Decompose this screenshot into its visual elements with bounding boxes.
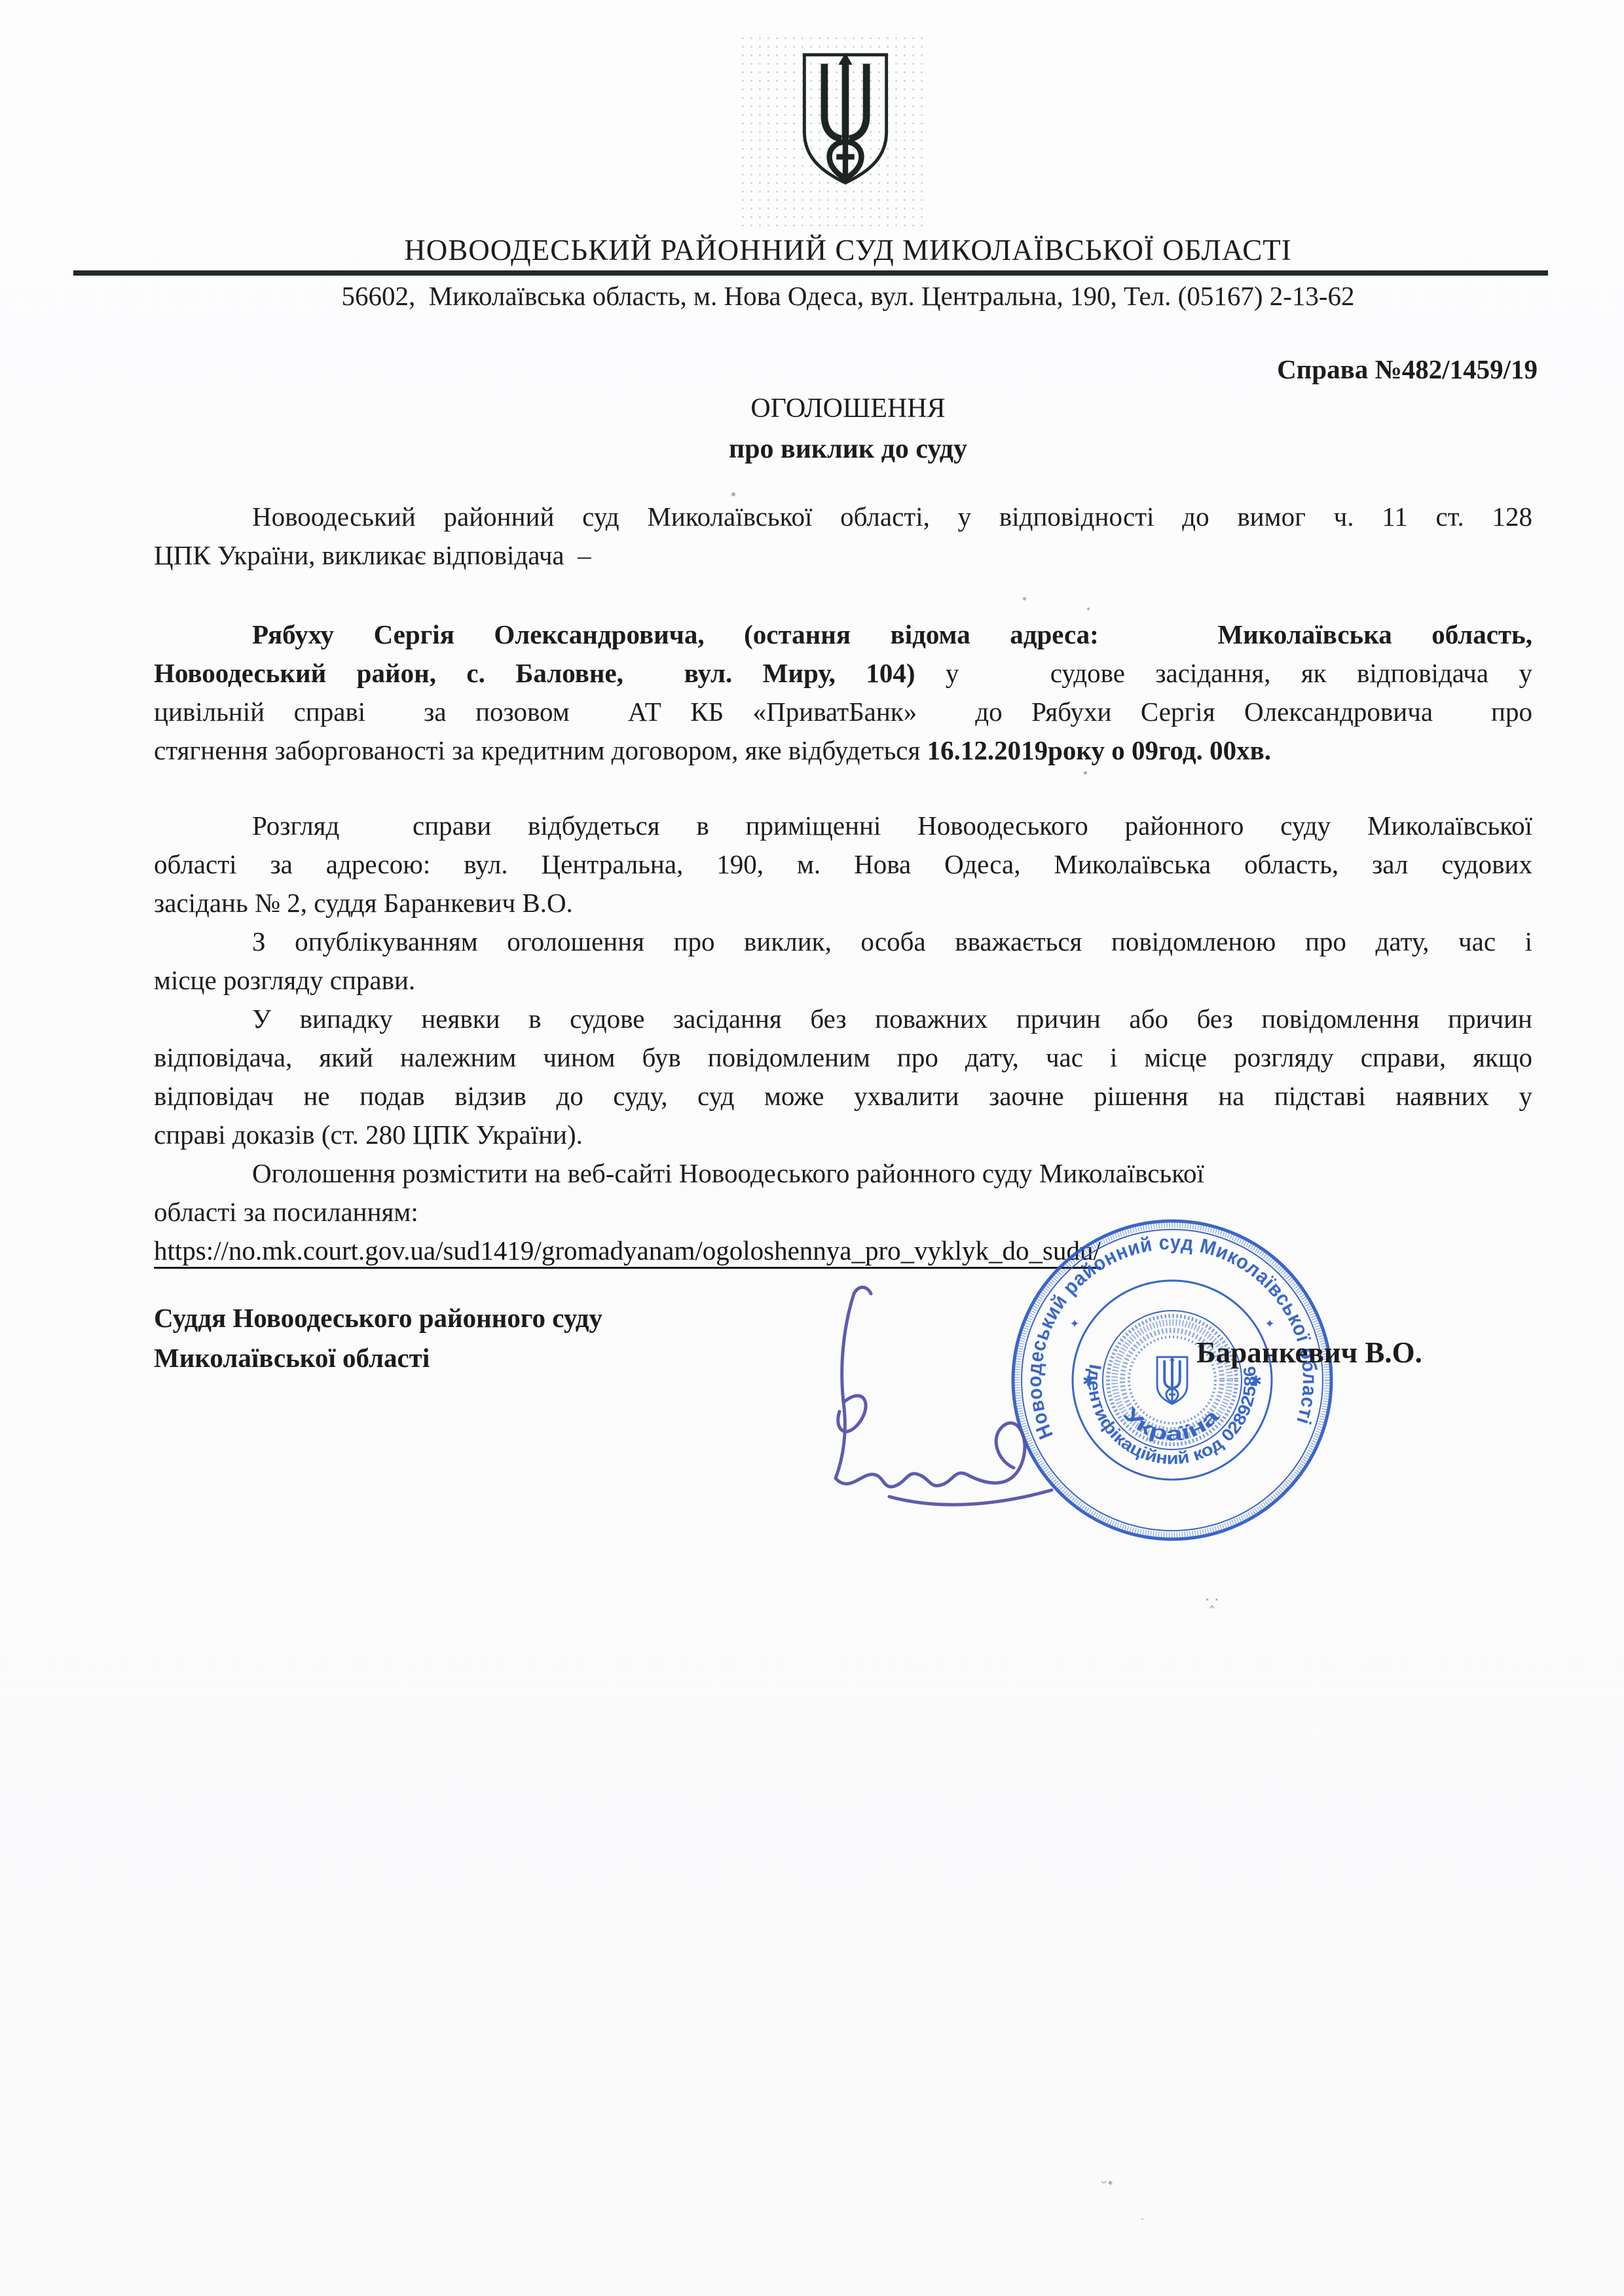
scan-speck: ·‸·	[1205, 1592, 1219, 1609]
text-run: ЦПК України, викликає відповідача –	[154, 540, 591, 570]
body-line: цивільній справі за позовом АТ КБ «Прива…	[154, 693, 1532, 731]
text-run: місце розгляду справи.	[154, 965, 415, 995]
court-address-line: 56602, Миколаївська область, м. Нова Оде…	[98, 280, 1598, 312]
judge-name: Баранкевич В.О.	[1196, 1336, 1563, 1370]
text-run: стягнення заборгованості за кредитним до…	[154, 735, 927, 765]
text-run: області за посиланням:	[154, 1197, 418, 1227]
body-line: Новоодеський районний суд Миколаївської …	[154, 498, 1532, 536]
body-paragraph: З опублікуванням оголошення про виклик, …	[154, 922, 1532, 1000]
header-divider-rule	[73, 270, 1548, 276]
body-paragraph: Новоодеський районний суд Миколаївської …	[154, 498, 1532, 575]
text-run: у судове засідання, як відповідача у	[915, 658, 1532, 688]
body-line: засідань № 2, суддя Баранкевич В.О.	[154, 884, 1532, 922]
body-line: Новоодеський район, с. Баловне, вул. Мир…	[154, 654, 1532, 693]
text-run: засідань № 2, суддя Баранкевич В.О.	[154, 888, 573, 918]
text-run: справі доказів (ст. 280 ЦПК України).	[154, 1120, 583, 1150]
document-body: Новоодеський районний суд Миколаївської …	[154, 498, 1532, 1270]
signatory-title-line2: Миколаївської області	[154, 1338, 874, 1378]
text-run: Новоодеський район, с. Баловне, вул. Мир…	[154, 658, 915, 688]
court-website-link[interactable]: https://no.mk.court.gov.ua/sud1419/groma…	[154, 1235, 1101, 1269]
body-line: Оголошення розмістити на веб-сайті Новоо…	[154, 1154, 1532, 1193]
text-run: Новоодеський районний суд Миколаївської …	[252, 501, 1532, 532]
text-run: Розгляд справи відбудеться в приміщенні …	[252, 811, 1532, 841]
seal-separator-right: ✱	[1250, 1373, 1262, 1389]
text-run: відповідач не подав відзив до суду, суд …	[154, 1081, 1532, 1111]
scan-speck: ·	[1141, 2213, 1144, 2225]
text-run: Оголошення розмістити на веб-сайті Новоо…	[252, 1158, 1204, 1188]
scan-speck: ᵕ˖	[1100, 2174, 1114, 2192]
body-line: справі доказів (ст. 280 ЦПК України).	[154, 1116, 1532, 1154]
body-line: відповідача, який належним чином був пов…	[154, 1038, 1532, 1077]
body-line: ЦПК України, викликає відповідача –	[154, 536, 1532, 575]
body-line: стягнення заборгованості за кредитним до…	[154, 731, 1532, 770]
signatory-title-line1: Суддя Новоодеського районного суду	[154, 1298, 874, 1338]
text-run: цивільній справі за позовом АТ КБ «Прива…	[154, 697, 1532, 727]
text-run: Рябуху Сергія Олександровича, (остання в…	[252, 619, 1532, 649]
document-title: ОГОЛОШЕННЯ	[98, 393, 1598, 424]
body-line: У випадку неявки в судове засідання без …	[154, 1000, 1532, 1038]
text-run: У випадку неявки в судове засідання без …	[252, 1004, 1532, 1034]
court-name-heading: НОВООДЕСЬКИЙ РАЙОННИЙ СУД МИКОЛАЇВСЬКОЇ …	[98, 233, 1598, 267]
document-subtitle: про виклик до суду	[98, 433, 1598, 465]
body-paragraph: У випадку неявки в судове засідання без …	[154, 1000, 1532, 1154]
scan-speck	[731, 492, 735, 496]
seal-separator-left: ✱	[1082, 1373, 1094, 1389]
seal-deco-right: ✦	[1264, 1317, 1274, 1330]
body-line: Рябуху Сергія Олександровича, (остання в…	[154, 615, 1532, 654]
signatory-title-block: Суддя Новоодеського районного суду Микол…	[154, 1298, 874, 1378]
judge-signature-ink	[811, 1274, 1073, 1516]
text-run: З опублікуванням оголошення про виклик, …	[252, 926, 1532, 957]
body-line: З опублікуванням оголошення про виклик, …	[154, 922, 1532, 961]
body-line: області за адресою: вул. Центральна, 190…	[154, 845, 1532, 884]
case-number: Справа №482/1459/19	[851, 354, 1538, 385]
body-line: місце розгляду справи.	[154, 961, 1532, 1000]
ukraine-trident-emblem-icon	[794, 50, 896, 190]
body-paragraph: Розгляд справи відбудеться в приміщенні …	[154, 807, 1532, 922]
seal-trident-icon	[1157, 1357, 1187, 1404]
scanned-court-document: НОВООДЕСЬКИЙ РАЙОННИЙ СУД МИКОЛАЇВСЬКОЇ …	[0, 0, 1624, 2296]
text-run: 16.12.2019року о 09год. 00хв.	[927, 735, 1271, 765]
text-run: відповідача, який належним чином був пов…	[154, 1042, 1532, 1072]
body-paragraph: Рябуху Сергія Олександровича, (остання в…	[154, 615, 1532, 770]
body-line: Розгляд справи відбудеться в приміщенні …	[154, 807, 1532, 845]
body-line: відповідач не подав відзив до суду, суд …	[154, 1077, 1532, 1116]
body-paragraphs: Новоодеський районний суд Миколаївської …	[154, 498, 1532, 1231]
text-run: області за адресою: вул. Центральна, 190…	[154, 849, 1532, 879]
